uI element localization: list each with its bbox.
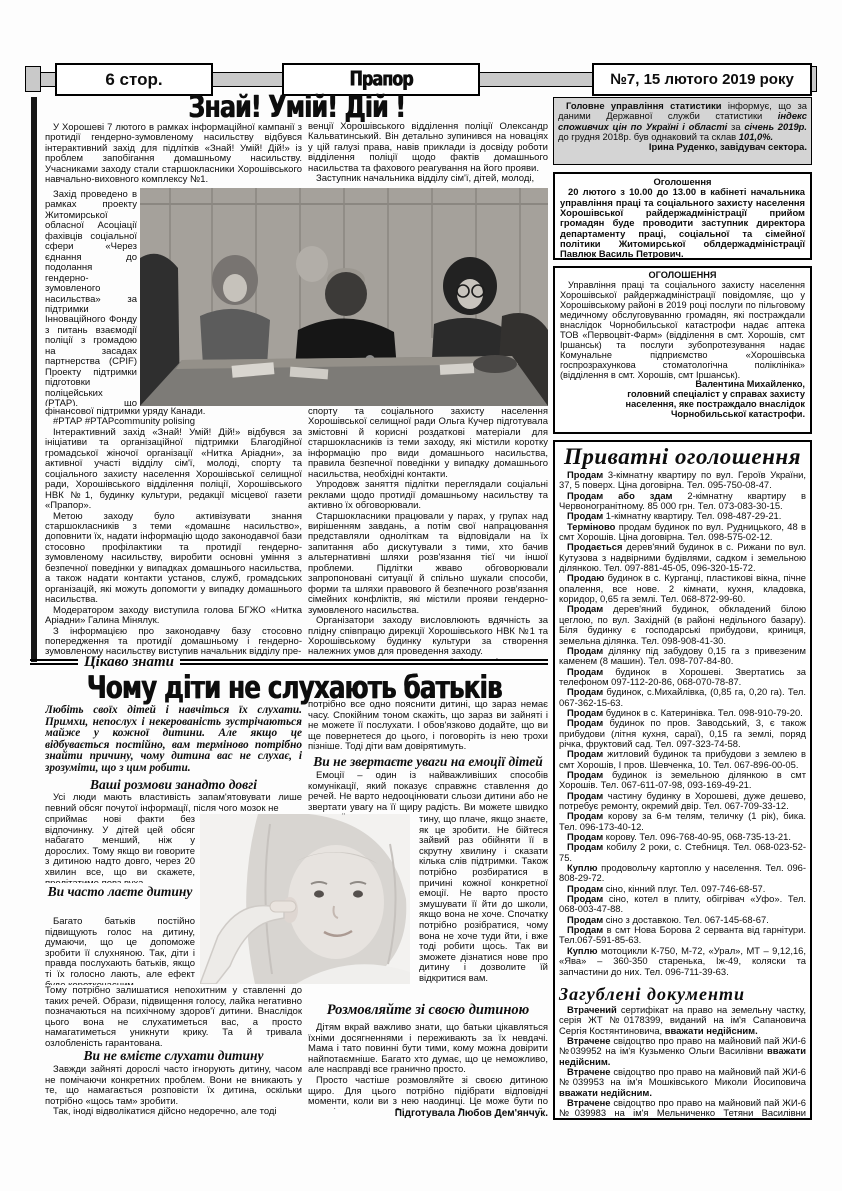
ad-lead-word: Продам <box>567 841 603 852</box>
ad-text: будинок в с. Катеринівка. Тел. 098-910-7… <box>606 707 803 718</box>
classified-ad: Продаю будинок в с. Курганці, пластикові… <box>559 573 806 604</box>
classified-ad: Продам дерев'яний будинок, обкладений бі… <box>559 604 806 645</box>
classified-ad: Продам будинок по пров. Заводський, 3, є… <box>559 718 806 749</box>
classified-ad: Продам будинок в Хорошеві. Звертатись за… <box>559 667 806 688</box>
article2-p2-narrow: Багато батьків постійно підвищують голос… <box>45 917 195 985</box>
left-column-rule <box>31 97 37 662</box>
article2-signature: Підготувала Любов Дем'янчук. <box>308 1108 548 1122</box>
article2-closing: Дітям вкрай важливо знати, що батьки цік… <box>308 1023 548 1109</box>
lost-document-item: Втрачений сертифікат на право на земельн… <box>559 1005 806 1036</box>
lost-documents-title: Загублені документи <box>559 983 806 1005</box>
classified-ad: Продам частину будинку в Хорошеві, дуже … <box>559 791 806 812</box>
child-photo-image <box>200 814 410 984</box>
ad-lead-word: Продам <box>567 790 603 801</box>
classified-ad: Продам в смт Нова Борова 2 серванта від … <box>559 925 806 946</box>
article1-intro: У Хорошеві 7 лютого в рамках інформаційн… <box>45 123 302 188</box>
ad-lead-word: Продам <box>567 717 603 728</box>
ad-lead-word: Куплю <box>567 862 598 873</box>
ad-lead-word: Продам <box>567 707 603 718</box>
classified-ad: Продам сіно, котел в плиту, обігрівач «У… <box>559 894 806 915</box>
lost-document-item: Втрачене свідоцтво про право на майновий… <box>559 1067 806 1098</box>
ad-lead-word: Продам <box>567 510 603 521</box>
article1-col1-rest: фінансової підтримки уряду Канади. #PTAP… <box>45 407 302 661</box>
ad-lead-word: Продам <box>567 645 603 656</box>
classified-ad: Продається дерев'яний будинок в с. Рижан… <box>559 542 806 573</box>
classified-ad: Продам кобилу 2 роки, с. Стебниця. Тел. … <box>559 842 806 863</box>
article2-p4: потрібно все одно пояснити дитині, що за… <box>308 700 548 754</box>
article1-col2-paragraphs: Упродовж заняття підлітки переглядали со… <box>308 480 548 658</box>
article2-subhead-4: Ви не звертаєте уваги на емоції дітей <box>308 754 548 770</box>
article1-wrap-text: Захід проведено в рамках проекту Житомир… <box>45 190 137 406</box>
lost-tail: вважати недійсним. <box>559 1087 652 1098</box>
announcement-box-2: ОГОЛОШЕННЯ Управління праці та соціально… <box>553 266 812 434</box>
article-paragraph: Старшокласники працювали у парах, у груп… <box>308 512 548 617</box>
announcement2-signature: Валентина Михайленко,головний спеціаліст… <box>560 380 805 420</box>
ad-lead-word: Продається <box>567 541 622 552</box>
article2-p3: Завжди зайняті дорослі часто ігнорують д… <box>45 1065 302 1121</box>
ad-lead-word: Продам <box>567 469 603 480</box>
article2-subhead-1: Ваші розмови занадто довгі <box>45 777 302 793</box>
stats-lead: Головне управління статистики <box>566 100 722 111</box>
ad-lead-word: Продам <box>567 686 603 697</box>
article1-col1-paragraphs: Інтерактивний захід «Знай! Умій! Дій!» в… <box>45 428 302 658</box>
ad-lead-word: Продам <box>567 831 603 842</box>
announcement-box-1: Оголошення 20 лютого з 10.00 до 13.00 в … <box>553 172 812 260</box>
article-paragraph: Модератором заходу виступила голова БГЖО… <box>45 606 302 627</box>
lost-lead-word: Втрачене <box>567 1035 610 1046</box>
classifieds-title: Приватні оголошення <box>559 444 806 470</box>
ad-lead-word: Продам <box>567 769 603 780</box>
classified-ad: Куплю продовольчу картоплю у населення. … <box>559 863 806 884</box>
header-band-left-cap <box>25 66 41 92</box>
ad-text: сіно, кінний плуг. Тел. 097-746-68-57. <box>606 883 766 894</box>
stats-value: 101,0%. <box>739 131 773 142</box>
ad-lead-word: Продам <box>567 914 603 925</box>
lost-document-item: Втрачене свідоцтво про право на майновий… <box>559 1098 806 1120</box>
ad-lead-word: Продаю <box>567 572 604 583</box>
article-paragraph: Інтерактивний захід «Знай! Умій! Дій!» в… <box>45 428 302 512</box>
article2-subhead-2: Ви часто лаєте дитину <box>45 884 195 916</box>
stats-signature: Ірина Руденко, завідувач сектора. <box>558 142 807 152</box>
classifieds-list: Продам 3-кімнатну квартиру по вул. Герої… <box>559 470 806 977</box>
article2-lede: Любіть своїх дітей і навчіться їх слухат… <box>45 705 302 775</box>
classified-ad: Куплю мотоцикли К-750, М-72, «Урал», МТ … <box>559 946 806 977</box>
classified-ad: Продам корову за 6-м телям, теличку (1 р… <box>559 811 806 832</box>
ad-lead-word: Продам <box>567 924 603 935</box>
statistics-box: Головне управління статистики інформує, … <box>553 97 812 165</box>
ad-lead-word: Продам <box>567 883 603 894</box>
ad-lead-word: Продам <box>567 603 603 614</box>
section-kicker: Цікаво знати <box>84 654 174 671</box>
classified-ad: Терміново продам будинок по вул. Рудниць… <box>559 522 806 543</box>
classified-ad: Продам будинок, с.Михайлівка, (0,85 га, … <box>559 687 806 708</box>
article2-p2-full: Тому потрібно залишатися непохитним у ст… <box>45 986 302 1048</box>
classifieds-box: Приватні оголошення Продам 3-кімнатну кв… <box>553 440 812 1120</box>
ad-lead-word: Продам <box>567 748 603 759</box>
article2-p1-full: Усі люди мають властивість запам'ятовува… <box>45 793 302 815</box>
ad-lead-word: Терміново <box>567 521 615 532</box>
classified-ad: Продам або здам 2-кімнатну квартиру в Че… <box>559 491 806 512</box>
meeting-photo <box>140 188 548 406</box>
lost-tail: вважати недійсним. <box>559 1118 652 1120</box>
article2-subhead-3: Ви не вмієте слухати дитину <box>45 1048 302 1064</box>
article1-col2-top: венції Хорошівського відділення поліції … <box>308 122 548 188</box>
meeting-photo-image <box>140 188 548 406</box>
article-paragraph: Упродовж заняття підлітки переглядали со… <box>308 480 548 511</box>
announcement2-body: Управління праці та соціального захисту … <box>560 281 805 381</box>
classified-ad: Продам ділянку під забудову 0,15 га з пр… <box>559 646 806 667</box>
article2-p1-narrow: сприймає нові факти без відпочинку. У ді… <box>45 815 195 883</box>
ad-lead-word: Продам <box>567 666 603 677</box>
signature-line: Чорнобильської катастрофи. <box>560 410 805 420</box>
lost-tail: вважати недійсним. <box>665 1025 758 1036</box>
masthead: Прапор <box>349 68 412 92</box>
issue-date: №7, 15 лютого 2019 року <box>610 71 794 88</box>
classified-ad: Продам будинок із земельною ділянкою в с… <box>559 770 806 791</box>
ad-lead-word: Куплю <box>567 945 598 956</box>
article2-p5-full: Емоції – один із найважливіших способів … <box>308 771 548 815</box>
article-paragraph: Метою заходу було активізувати знання ст… <box>45 512 302 606</box>
lost-documents-list: Втрачений сертифікат на право на земельн… <box>559 1005 806 1120</box>
article2-p5-narrow: тину, що плаче, якщо знаєте, як це зроби… <box>419 815 548 1001</box>
announcement1-body: 20 лютого з 10.00 до 13.00 в кабінеті на… <box>560 187 805 259</box>
lost-lead-word: Втрачений <box>567 1004 617 1015</box>
ad-lead-word: Продам <box>567 810 603 821</box>
lost-lead-word: Втрачене <box>567 1066 610 1077</box>
child-photo <box>200 814 410 984</box>
article2-subhead-5: Розмовляйте зі своєю дитиною щиро <box>308 1003 548 1021</box>
page-number: 6 стор. <box>105 70 162 90</box>
article1-title: Знай! Умій! Дій ! <box>75 90 518 124</box>
ad-text: сіно з доставкою. Тел. 067-145-68-67. <box>606 914 769 925</box>
lost-document-item: Втрачене свідоцтво про право на майновий… <box>559 1036 806 1067</box>
issue-date-box: №7, 15 лютого 2019 року <box>592 63 812 96</box>
kicker-rule-right <box>180 659 548 665</box>
classified-ad: Продам житловий будинок та прибудови з з… <box>559 749 806 770</box>
ad-lead-word: Продам або здам <box>567 490 672 501</box>
article1-col2-rest: спорту та соціального захисту населення … <box>308 407 548 659</box>
classified-ad: Продам 3-кімнатну квартиру по вул. Герої… <box>559 470 806 491</box>
ad-text: 1-кімнатну квартиру. Тел. 098-487-29-21. <box>606 510 782 521</box>
ad-text: корову. Тел. 096-768-40-95, 068-735-13-2… <box>606 831 791 842</box>
kicker-rule-left <box>30 659 78 665</box>
ad-lead-word: Продам <box>567 893 603 904</box>
lost-lead-word: Втрачене <box>567 1097 610 1108</box>
